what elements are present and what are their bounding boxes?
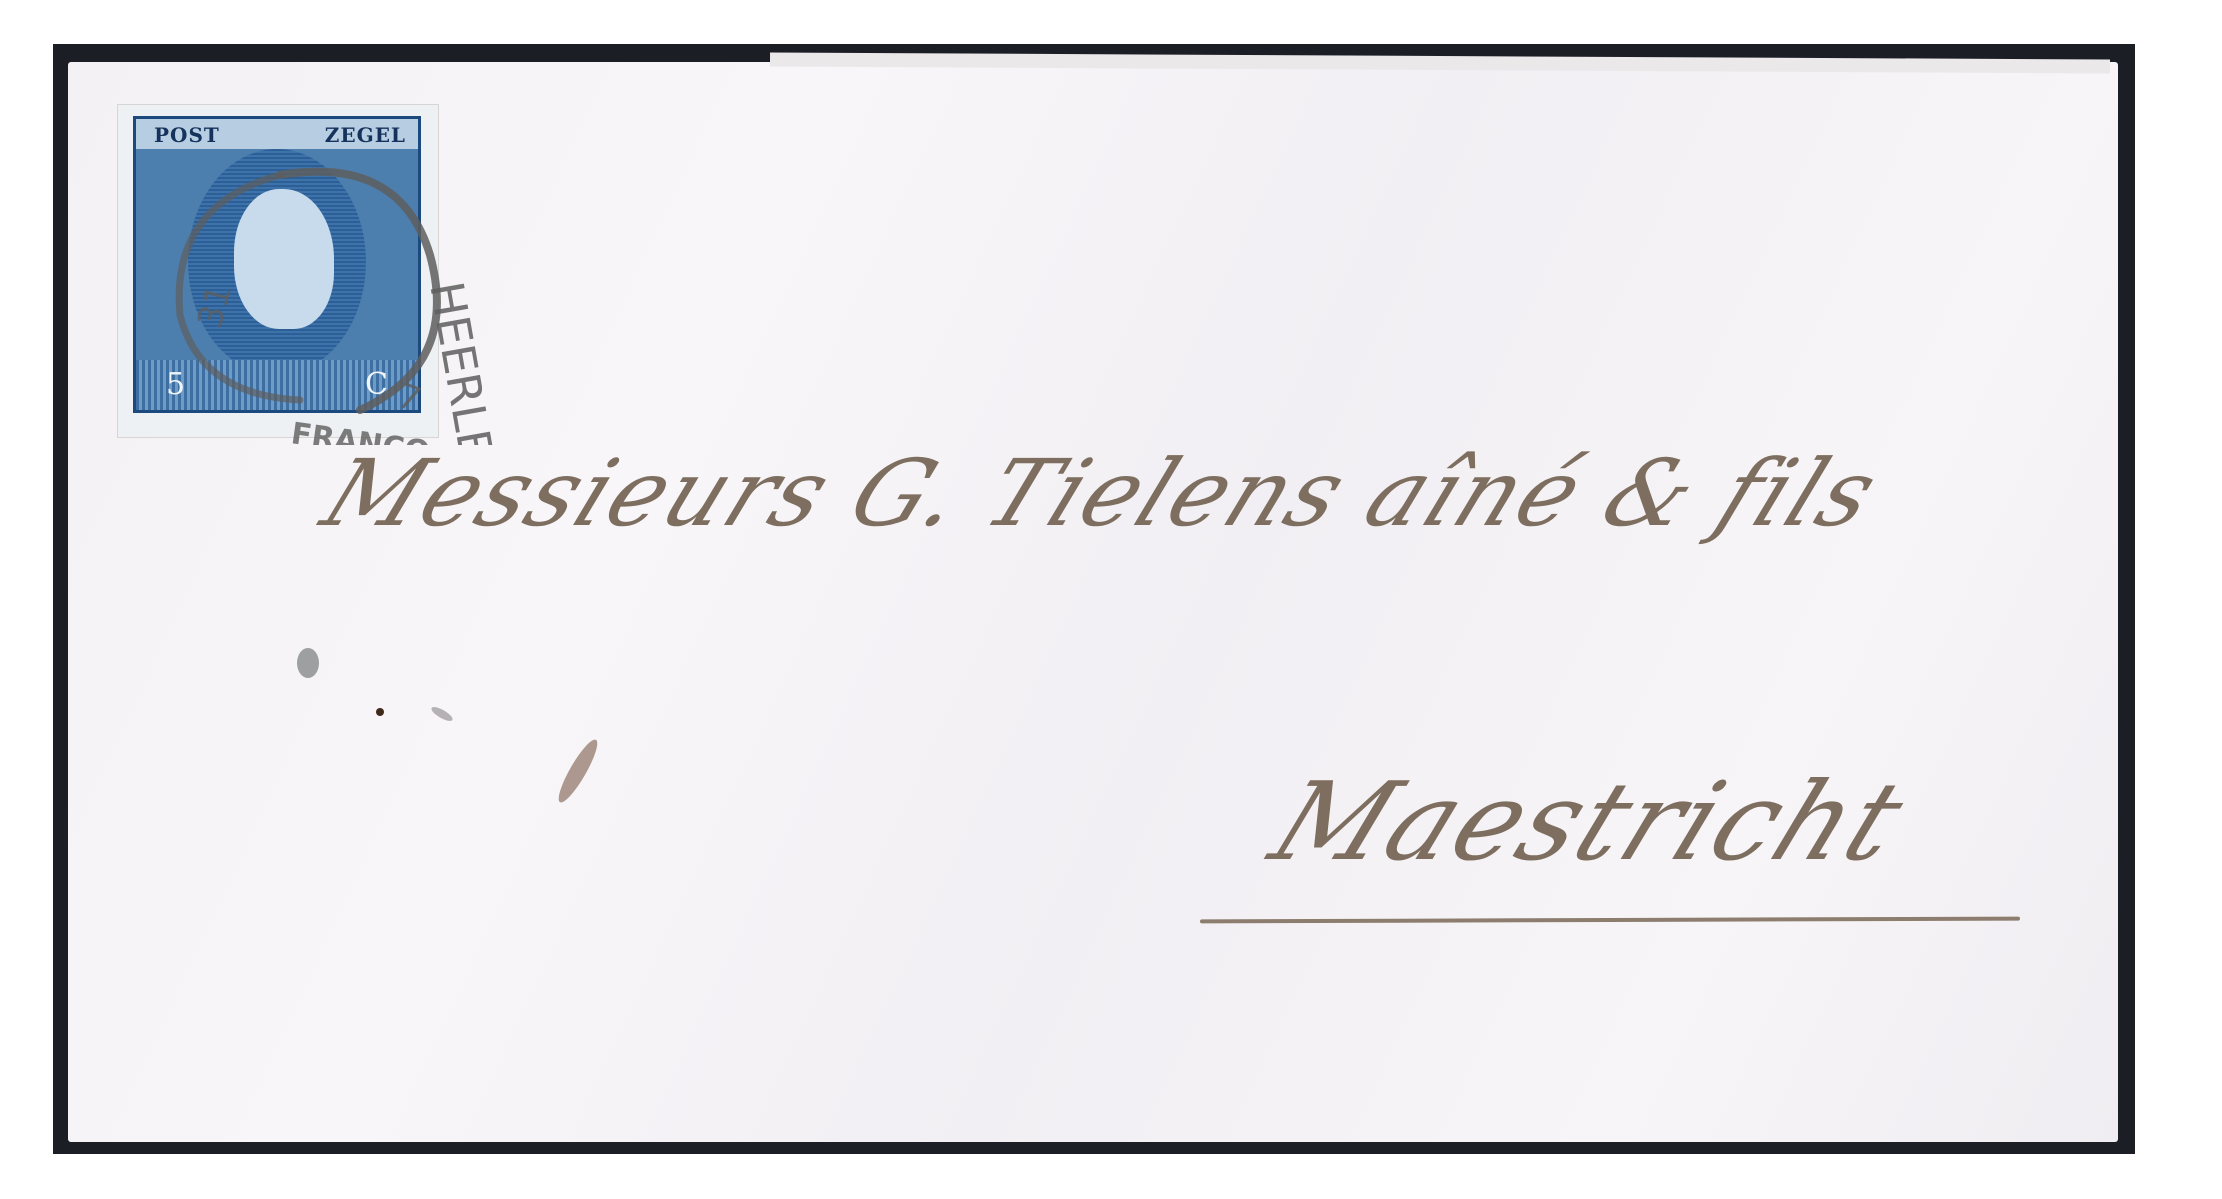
postmark-day: 31: [190, 280, 240, 332]
postmark-cancellation: HEERLEN 31 7 FRANCO: [160, 145, 520, 445]
postmark-town: HEERLEN: [419, 278, 509, 445]
ink-smudge: [297, 648, 319, 678]
address-line-recipient: Messieurs G. Tielens aîné & fils: [308, 440, 1894, 547]
address-line-city: Maestricht: [1255, 760, 1923, 885]
stamp-text-zegel: ZEGEL: [325, 123, 406, 147]
stamp-text-post: POST: [154, 123, 220, 147]
ink-dot: [376, 708, 384, 716]
